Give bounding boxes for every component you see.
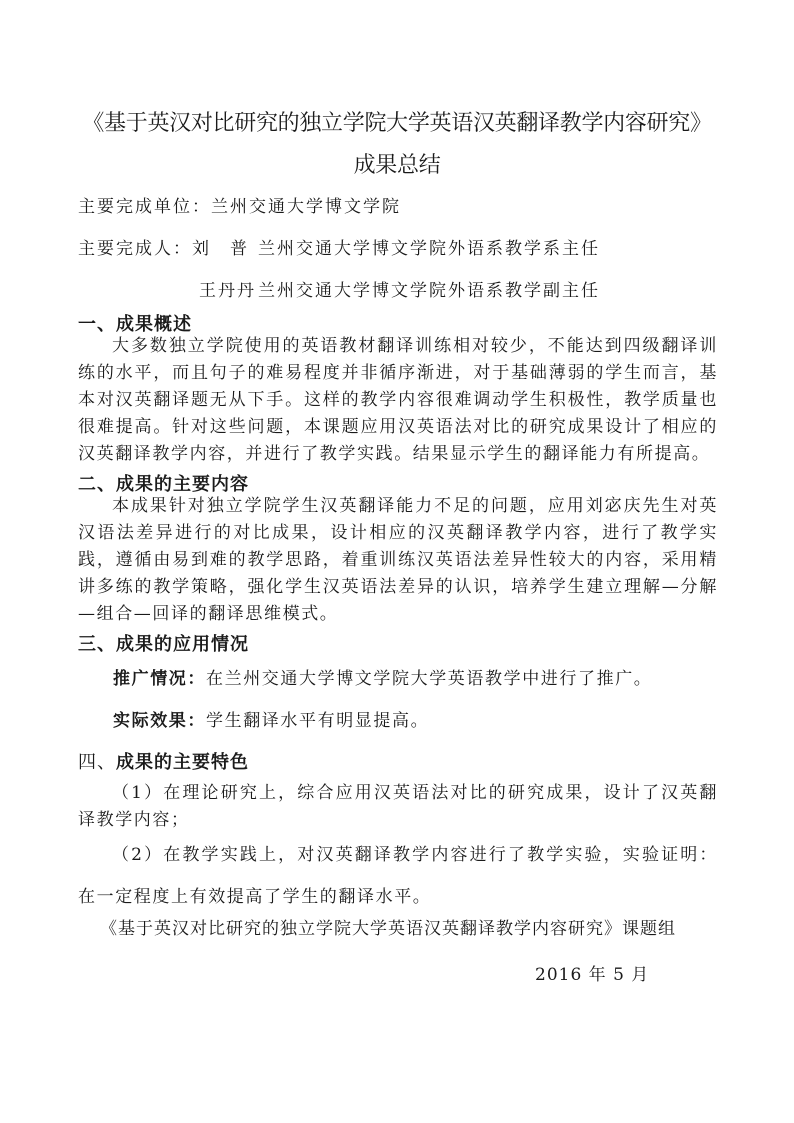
document-subtitle: 成果总结 bbox=[0, 148, 794, 179]
section-paragraph: 大多数独立学院使用的英语教材翻译训练相对较少，不能达到四级翻译训练的水平，而且句… bbox=[78, 333, 718, 468]
item-label: 实际效果： bbox=[113, 711, 206, 731]
people-label: 主要完成人： bbox=[78, 239, 192, 259]
document-page: 《基于英汉对比研究的独立学院大学英语汉英翻译教学内容研究》 成果总结 主要完成单… bbox=[0, 0, 794, 1123]
application-item: 实际效果：学生翻译水平有明显提高。 bbox=[113, 706, 429, 731]
unit-label: 主要完成单位： bbox=[78, 197, 211, 217]
completion-unit: 主要完成单位：兰州交通大学博文学院 bbox=[78, 192, 401, 217]
person-name: 刘 普 bbox=[192, 239, 249, 259]
application-item: 推广情况：在兰州交通大学博文学院大学英语教学中进行了推广。 bbox=[113, 664, 652, 689]
item-text: 在兰州交通大学博文学院大学英语教学中进行了推广。 bbox=[206, 669, 652, 689]
feature-point: （1）在理论研究上，综合应用汉英语法对比的研究成果，设计了汉英翻译教学内容； bbox=[78, 780, 718, 834]
item-text: 学生翻译水平有明显提高。 bbox=[206, 711, 429, 731]
section-heading: 三、成果的应用情况 bbox=[78, 630, 249, 656]
person-name: 王丹丹 bbox=[199, 276, 256, 301]
heading-text: 成果的主要特色 bbox=[116, 752, 249, 773]
section-heading: 四、成果的主要特色 bbox=[78, 748, 249, 774]
section-paragraph: 本成果针对独立学院学生汉英翻译能力不足的问题，应用刘宓庆先生对英汉语法差异进行的… bbox=[78, 493, 718, 628]
date: 2016 年 5 月 bbox=[535, 960, 649, 985]
person-position: 兰州交通大学博文学院外语系教学副主任 bbox=[258, 276, 600, 301]
feature-point: （2）在教学实践上，对汉英翻译教学内容进行了教学实验，实验证明：在一定程度上有效… bbox=[78, 834, 718, 918]
document-title: 《基于英汉对比研究的独立学院大学英语汉英翻译教学内容研究》 bbox=[0, 106, 794, 137]
unit-value: 兰州交通大学博文学院 bbox=[211, 197, 401, 217]
signature: 《基于英汉对比研究的独立学院大学英语汉英翻译教学内容研究》课题组 bbox=[100, 914, 676, 939]
heading-prefix: 四、 bbox=[78, 752, 116, 773]
completion-person-1: 主要完成人：刘 普 bbox=[78, 234, 249, 259]
item-label: 推广情况： bbox=[113, 669, 206, 689]
person-position: 兰州交通大学博文学院外语系教学系主任 bbox=[258, 234, 600, 259]
